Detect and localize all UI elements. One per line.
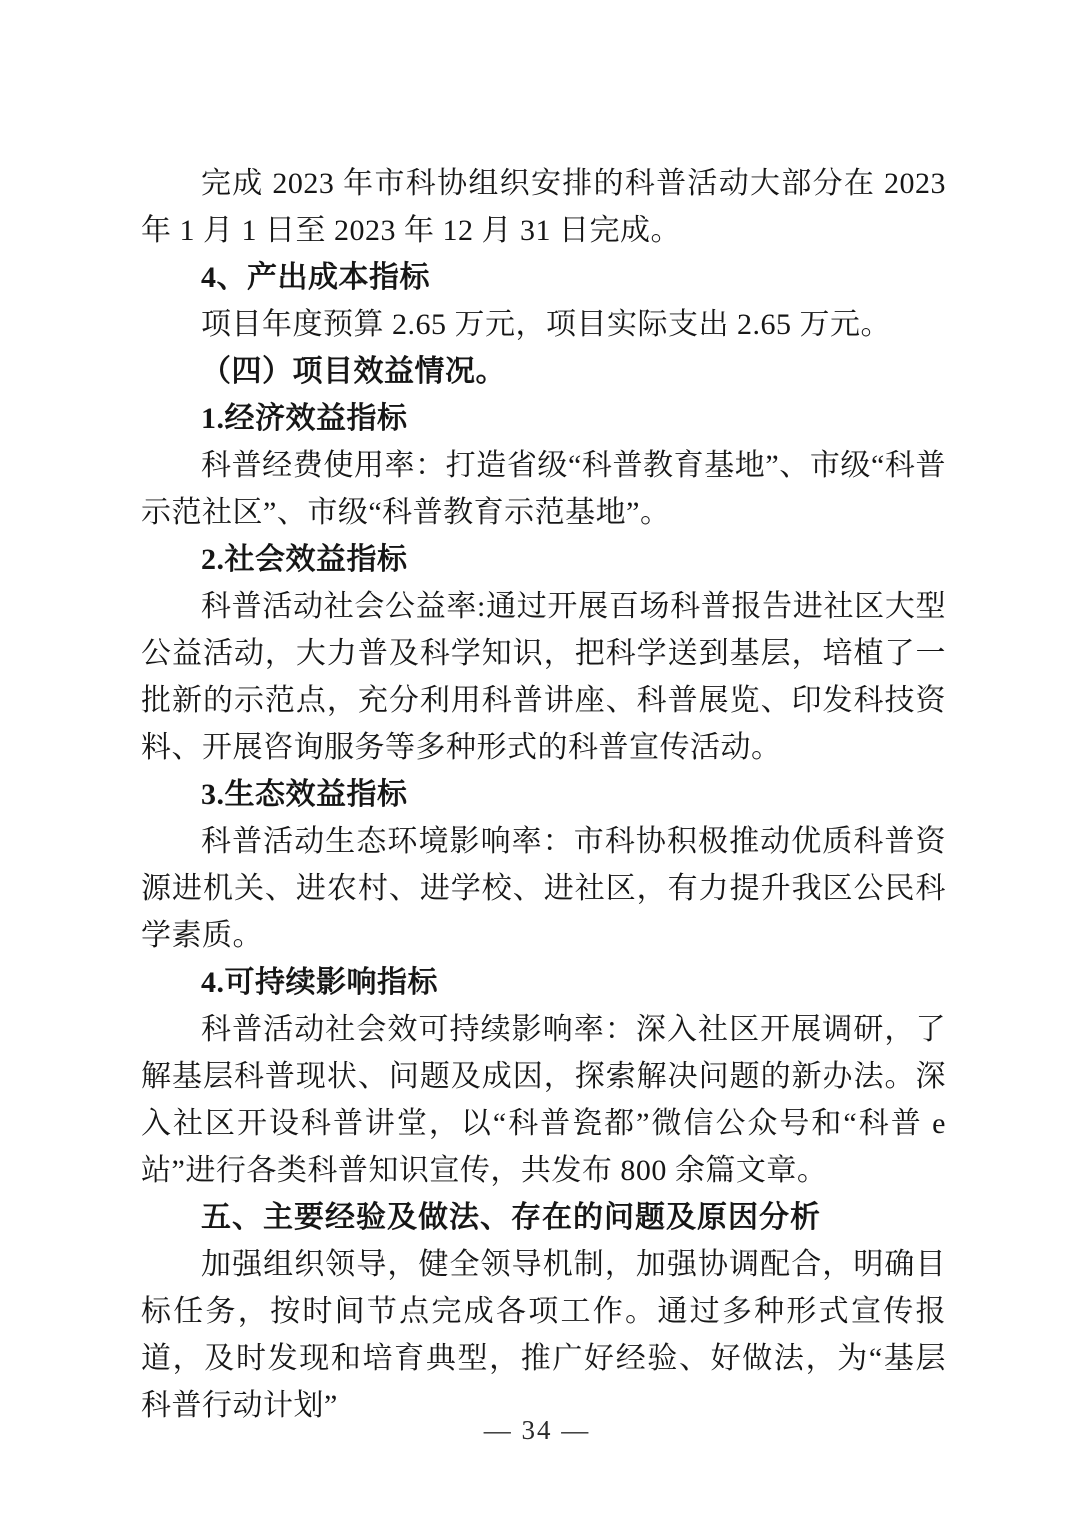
paragraph-social-benefit: 科普活动社会公益率:通过开展百场科普报告进社区大型公益活动，大力普及科学知识，把… bbox=[141, 583, 946, 771]
heading-3-ecological-benefit: 3.生态效益指标 bbox=[141, 771, 946, 818]
heading-section4-project-benefit: （四）项目效益情况。 bbox=[141, 348, 946, 395]
heading-2-social-benefit: 2.社会效益指标 bbox=[141, 536, 946, 583]
heading-4-output-cost-indicator: 4、产出成本指标 bbox=[141, 254, 946, 301]
document-page: 完成 2023 年市科协组织安排的科普活动大部分在 2023 年 1 月 1 日… bbox=[0, 0, 1074, 1520]
paragraph-experience-practices: 加强组织领导，健全领导机制，加强协调配合，明确目标任务，按时间节点完成各项工作。… bbox=[141, 1241, 946, 1429]
document-body: 完成 2023 年市科协组织安排的科普活动大部分在 2023 年 1 月 1 日… bbox=[141, 160, 946, 1429]
paragraph-completion-time: 完成 2023 年市科协组织安排的科普活动大部分在 2023 年 1 月 1 日… bbox=[141, 160, 946, 254]
heading-5-experience-problems: 五、主要经验及做法、存在的问题及原因分析 bbox=[141, 1194, 946, 1241]
heading-4-sustainable-impact: 4.可持续影响指标 bbox=[141, 959, 946, 1006]
paragraph-economic-benefit: 科普经费使用率：打造省级“科普教育基地”、市级“科普示范社区”、市级“科普教育示… bbox=[141, 442, 946, 536]
paragraph-budget-expenditure: 项目年度预算 2.65 万元，项目实际支出 2.65 万元。 bbox=[141, 301, 946, 348]
paragraph-sustainable-impact: 科普活动社会效可持续影响率：深入社区开展调研，了解基层科普现状、问题及成因，探索… bbox=[141, 1006, 946, 1194]
paragraph-ecological-benefit: 科普活动生态环境影响率：市科协积极推动优质科普资源进机关、进农村、进学校、进社区… bbox=[141, 818, 946, 959]
heading-1-economic-benefit: 1.经济效益指标 bbox=[141, 395, 946, 442]
page-number: — 34 — bbox=[0, 1412, 1074, 1448]
